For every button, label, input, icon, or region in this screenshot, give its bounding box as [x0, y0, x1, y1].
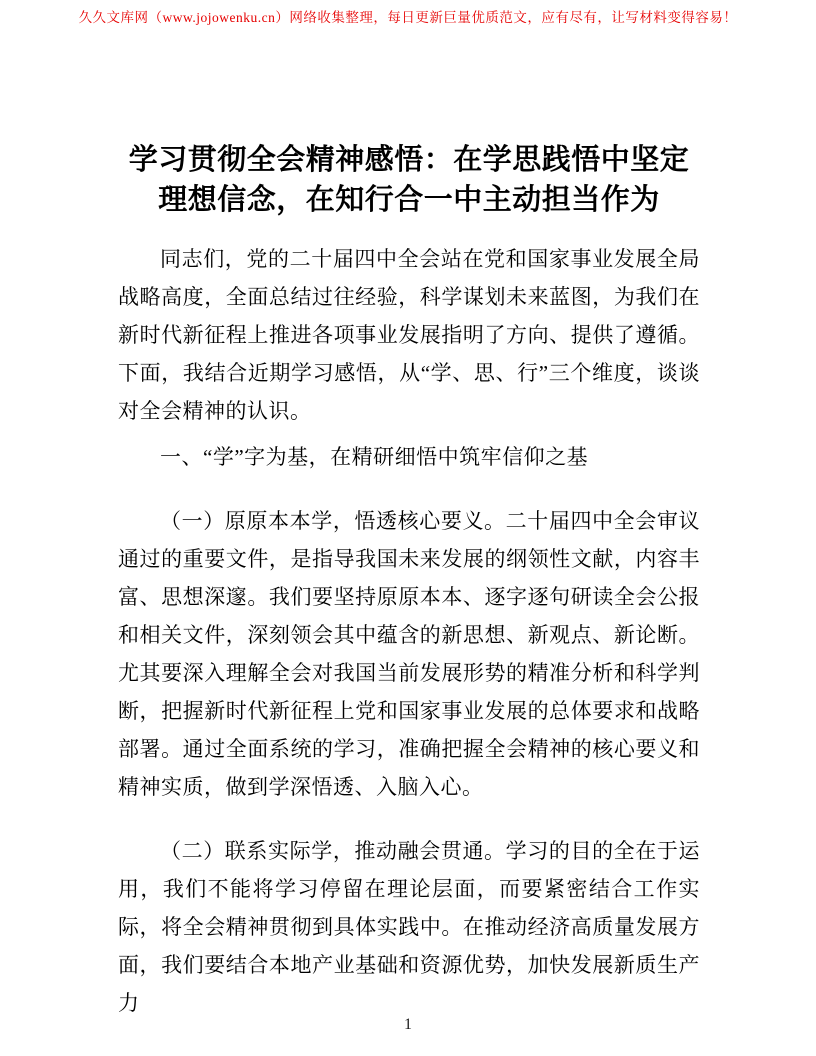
paragraph-point-2: （二）联系实际学，推动融会贯通。学习的目的全在于运用，我们不能将学习停留在理论层…	[118, 832, 700, 1022]
document-title: 学习贯彻全会精神感悟：在学思践悟中坚定理想信念，在知行合一中主动担当作为	[118, 140, 700, 220]
paragraph-point-1: （一）原原本本学，悟透核心要义。二十届四中全会审议通过的重要文件，是指导我国未来…	[118, 502, 700, 806]
document-body: 学习贯彻全会精神感悟：在学思践悟中坚定理想信念，在知行合一中主动担当作为 同志们…	[0, 0, 816, 1022]
watermark-header: 久久文库网（www.jojowenku.cn）网络收集整理，每日更新巨量优质范文…	[0, 9, 816, 27]
section-heading-1: 一、“学”字为基，在精研细悟中筑牢信仰之基	[118, 438, 700, 476]
page-number: 1	[0, 1016, 816, 1034]
paragraph-intro: 同志们，党的二十届四中全会站在党和国家事业发展全局战略高度，全面总结过往经验，科…	[118, 240, 700, 430]
document-page: 久久文库网（www.jojowenku.cn）网络收集整理，每日更新巨量优质范文…	[0, 0, 816, 1056]
